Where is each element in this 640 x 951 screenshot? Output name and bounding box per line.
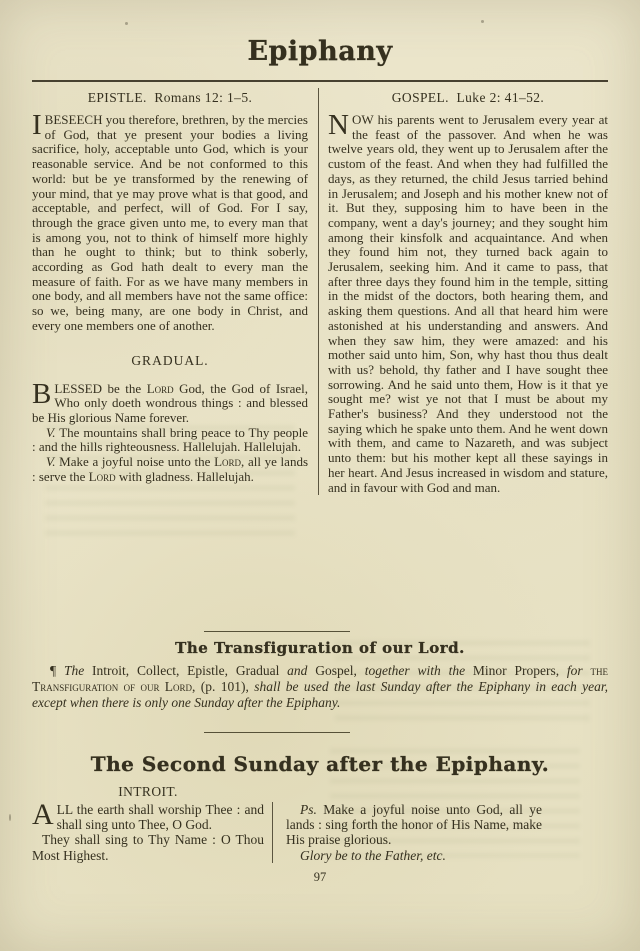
introit-dropcap: A [32,802,57,827]
epistle-body: BESEECH you therefore, brethren, by the … [32,112,308,333]
gospel-dropcap: N [328,113,352,137]
introit-antiphon-column: ALL the earth shall worship Thee : and s… [32,802,272,863]
introit-antiphon-line2: They shall sing to Thy Name : O Thou Mos… [32,832,264,862]
section-divider-rule [204,732,350,733]
epistle-column: EPISTLE. Romans 12: 1–5. IBESEECH you th… [32,88,318,495]
transfiguration-rubric: ¶ The Introit, Collect, Epistle, Gradual… [32,663,608,711]
scan-speck [481,20,484,23]
scan-speck [9,814,11,821]
introit-heading: INTROIT. [32,784,264,800]
gradual-body: LESSED be the Lord God, the God of Israe… [32,381,308,425]
gradual-heading: GRADUAL. [32,353,308,369]
gradual-dropcap: B [32,382,54,406]
gradual-versicle-2: V. Make a joyful noise unto the Lord, al… [32,455,308,484]
gradual-versicle-1: V. The mountains shall bring peace to Th… [32,426,308,455]
page-number: 97 [0,870,640,885]
gospel-body: OW his parents went to Jerusalem every y… [328,112,608,495]
header-rule [32,80,608,82]
gospel-heading: GOSPEL. Luke 2: 41–52. [328,90,608,106]
introit-psalm: Ps. Make a joyful noise unto God, all ye… [286,802,542,848]
introit-antiphon-line1: LL the earth shall worship Thee : and sh… [57,802,264,832]
scan-speck [125,22,128,25]
introit-psalm-column: Ps. Make a joyful noise unto God, all ye… [272,802,542,863]
epistle-dropcap: I [32,113,45,137]
introit-antiphon: ALL the earth shall worship Thee : and s… [32,802,264,832]
epistle-heading: EPISTLE. Romans 12: 1–5. [32,90,308,106]
gradual-text: BLESSED be the Lord God, the God of Isra… [32,382,308,426]
second-sunday-heading: The Second Sunday after the Epiphany. [0,752,640,776]
introit-columns: ALL the earth shall worship Thee : and s… [32,802,542,863]
section-divider-rule [204,631,350,632]
transfiguration-heading: The Transfiguration of our Lord. [0,639,640,657]
propers-columns: EPISTLE. Romans 12: 1–5. IBESEECH you th… [32,88,608,495]
scanned-book-page: Epiphany EPISTLE. Romans 12: 1–5. IBESEE… [0,0,640,951]
epistle-text: IBESEECH you therefore, brethren, by the… [32,113,308,334]
gospel-text: NOW his parents went to Jerusalem every … [328,113,608,495]
gloria-patri: Glory be to the Father, etc. [286,848,542,863]
gospel-column: GOSPEL. Luke 2: 41–52. NOW his parents w… [318,88,608,495]
page-title: Epiphany [0,36,640,67]
